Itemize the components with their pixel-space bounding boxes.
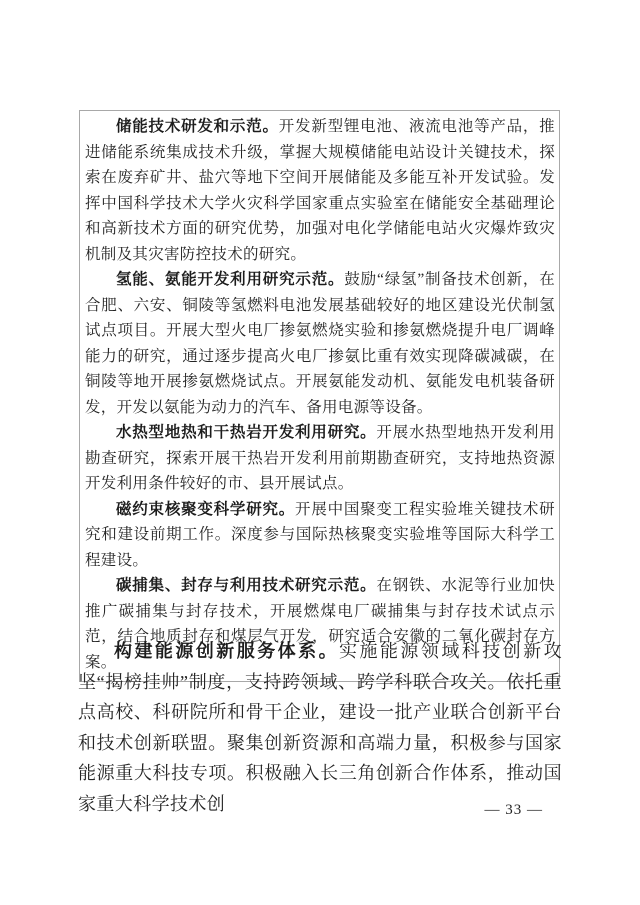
paragraph-lead: 储能技术研发和示范。 [116,118,279,135]
paragraph-lead: 水热型地热和干热岩开发利用研究。 [116,424,376,441]
paragraph-geothermal: 水热型地热和干热岩开发利用研究。开展水热型地热开发利用勘查研究，探索开展干热岩开… [85,420,555,497]
paragraph-lead: 磁约束核聚变科学研究。 [116,501,295,518]
page-number: — 33 — [0,802,640,819]
highlight-box: 储能技术研发和示范。开发新型锂电池、液流电池等产品，推进储能系统集成技术升级，掌… [79,110,560,682]
paragraph-fusion: 磁约束核聚变科学研究。开展中国聚变工程实验堆关键技术研究和建设前期工作。深度参与… [85,497,555,574]
document-page: 储能技术研发和示范。开发新型锂电池、液流电池等产品，推进储能系统集成技术升级，掌… [0,0,640,905]
paragraph-innovation-service-system: 构建能源创新服务体系。实施能源领域科技创新攻坚“揭榜挂帅”制度，支持跨领域、跨学… [78,636,562,819]
paragraph-body: 开发新型锂电池、液流电池等产品，推进储能系统集成技术升级，掌握大规模储能电站设计… [85,118,555,263]
paragraph-body: 实施能源领域科技创新攻坚“揭榜挂帅”制度，支持跨领域、跨学科联合攻关。依托重点高… [78,641,562,814]
paragraph-lead: 碳捕集、封存与利用技术研究示范。 [116,577,376,594]
paragraph-body: 鼓励“绿氢”制备技术创新，在合肥、六安、铜陵等氢燃料电池发展基础较好的地区建设光… [85,271,555,416]
paragraph-energy-storage: 储能技术研发和示范。开发新型锂电池、液流电池等产品，推进储能系统集成技术升级，掌… [85,114,555,267]
paragraph-lead: 氢能、氨能开发利用研究示范。 [116,271,344,288]
paragraph-hydrogen-ammonia: 氢能、氨能开发利用研究示范。鼓励“绿氢”制备技术创新，在合肥、六安、铜陵等氢燃料… [85,267,555,420]
paragraph-lead: 构建能源创新服务体系。 [114,641,339,661]
